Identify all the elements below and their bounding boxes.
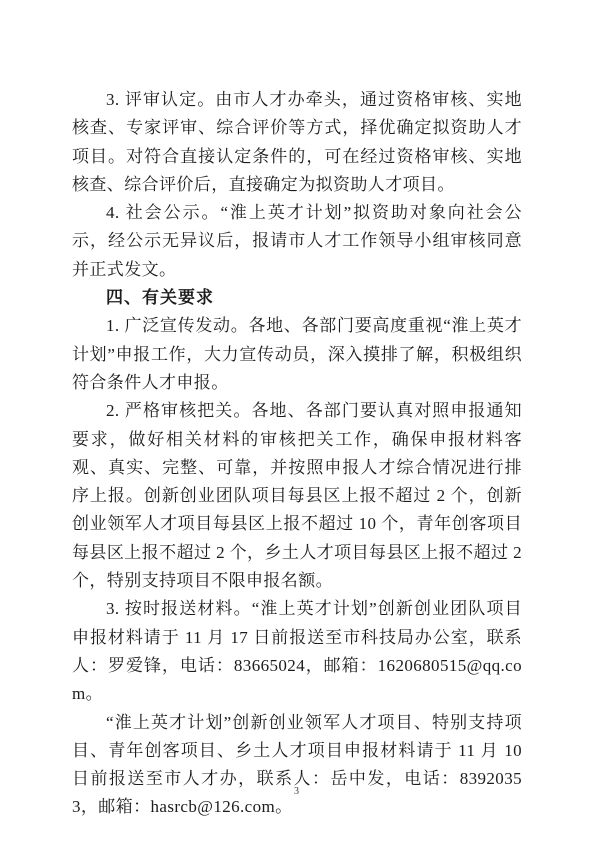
paragraph: 3. 评审认定。由市人才办牵头，通过资格审核、实地核查、专家评审、综合评价等方式… <box>72 86 522 199</box>
paragraph: 3. 按时报送材料。“淮上英才计划”创新创业团队项目申报材料请于 11 月 17… <box>72 595 522 708</box>
paragraph: “淮上英才计划”创新创业领军人才项目、特别支持项目、青年创客项目、乡土人才项目申… <box>72 709 522 822</box>
paragraph: 1. 广泛宣传发动。各地、各部门要高度重视“淮上英才计划”申报工作，大力宣传动员… <box>72 312 522 397</box>
document-body: 3. 评审认定。由市人才办牵头，通过资格审核、实地核查、专家评审、综合评价等方式… <box>72 86 522 822</box>
document-page: 3. 评审认定。由市人才办牵头，通过资格审核、实地核查、专家评审、综合评价等方式… <box>0 0 593 847</box>
page-number: 3 <box>0 786 593 797</box>
paragraph: 2. 严格审核把关。各地、各部门要认真对照申报通知要求，做好相关材料的审核把关工… <box>72 397 522 595</box>
paragraph: 4. 社会公示。“淮上英才计划”拟资助对象向社会公示，经公示无异议后，报请市人才… <box>72 199 522 284</box>
section-heading: 四、有关要求 <box>72 284 522 312</box>
